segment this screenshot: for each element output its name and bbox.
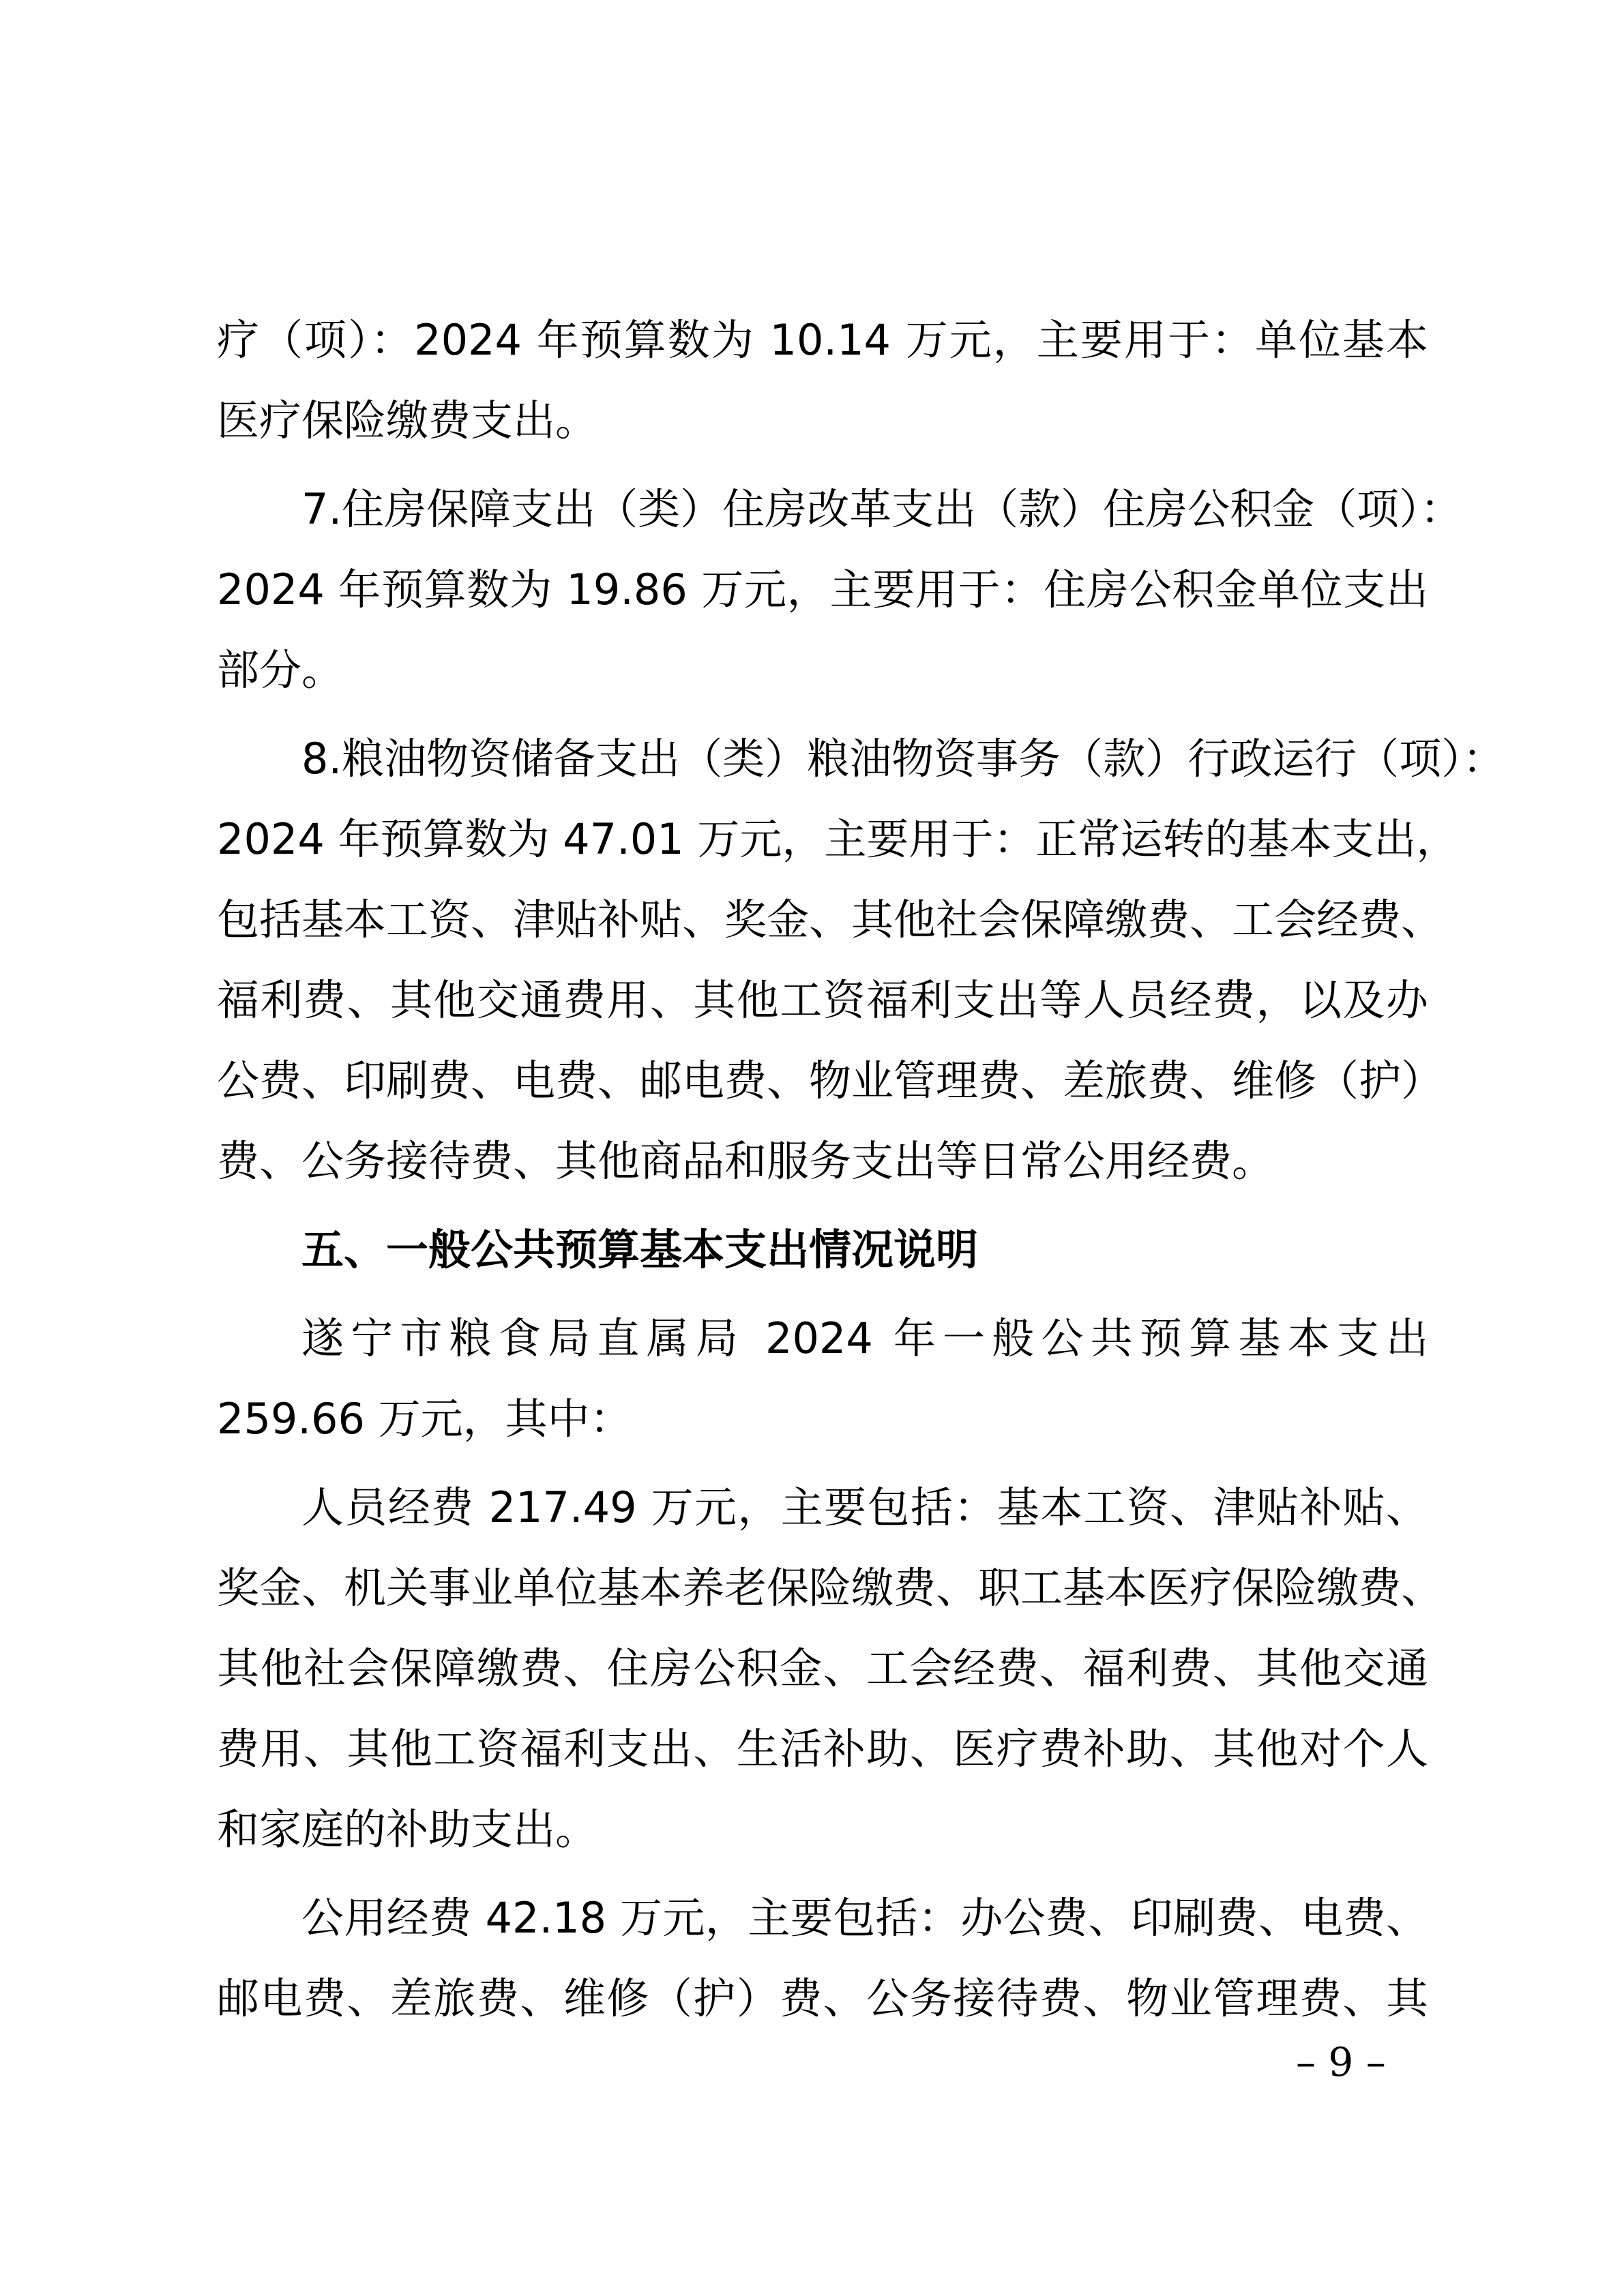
paragraph-line: 2024 年预算数为 19.86 万元，主要用于：住房公积金单位支出 — [217, 550, 1428, 630]
paragraph-line: 部分。 — [217, 630, 344, 711]
paragraph-line: 医疗保险缴费支出。 — [217, 381, 597, 461]
paragraph-line: 7.住房保障支出（类）住房改革支出（款）住房公积金（项）： — [301, 469, 1428, 550]
paragraph-line: 邮电费、差旅费、维修（护）费、公务接待费、物业管理费、其 — [217, 1958, 1428, 2039]
paragraph-line: 人员经费 217.49 万元，主要包括：基本工资、津贴补贴、 — [301, 1467, 1428, 1548]
paragraph-line: 259.66 万元，其中： — [217, 1379, 632, 1459]
paragraph-line: 8.粮油物资储备支出（类）粮油物资事务（款）行政运行（项）： — [301, 719, 1428, 799]
paragraph-line: 奖金、机关事业单位基本养老保险缴费、职工基本医疗保险缴费、 — [217, 1548, 1428, 1628]
paragraph-line: 福利费、其他交通费用、其他工资福利支出等人员经费，以及办 — [217, 960, 1428, 1041]
paragraph-line: 疗（项）：2024 年预算数为 10.14 万元，主要用于：单位基本 — [217, 300, 1428, 381]
paragraph-line: 公费、印刷费、电费、邮电费、物业管理费、差旅费、维修（护） — [217, 1041, 1428, 1121]
section-heading: 五、一般公共预算基本支出情况说明 — [301, 1210, 978, 1290]
paragraph-line: 公用经费 42.18 万元，主要包括：办公费、印刷费、电费、 — [301, 1878, 1428, 1958]
paragraph-line: 遂宁市粮食局直属局 2024 年一般公共预算基本支出 — [301, 1298, 1428, 1379]
paragraph-line: 和家庭的补助支出。 — [217, 1789, 597, 1870]
paragraph-line: 费用、其他工资福利支出、生活补助、医疗费补助、其他对个人 — [217, 1709, 1428, 1789]
page-number: – 9 – — [1296, 2039, 1386, 2085]
paragraph-line: 包括基本工资、津贴补贴、奖金、其他社会保障缴费、工会经费、 — [217, 880, 1428, 960]
paragraph-line: 其他社会保障缴费、住房公积金、工会经费、福利费、其他交通 — [217, 1628, 1428, 1709]
paragraph-line: 费、公务接待费、其他商品和服务支出等日常公用经费。 — [217, 1121, 1274, 1202]
paragraph-line: 2024 年预算数为 47.01 万元，主要用于：正常运转的基本支出， — [217, 799, 1428, 880]
